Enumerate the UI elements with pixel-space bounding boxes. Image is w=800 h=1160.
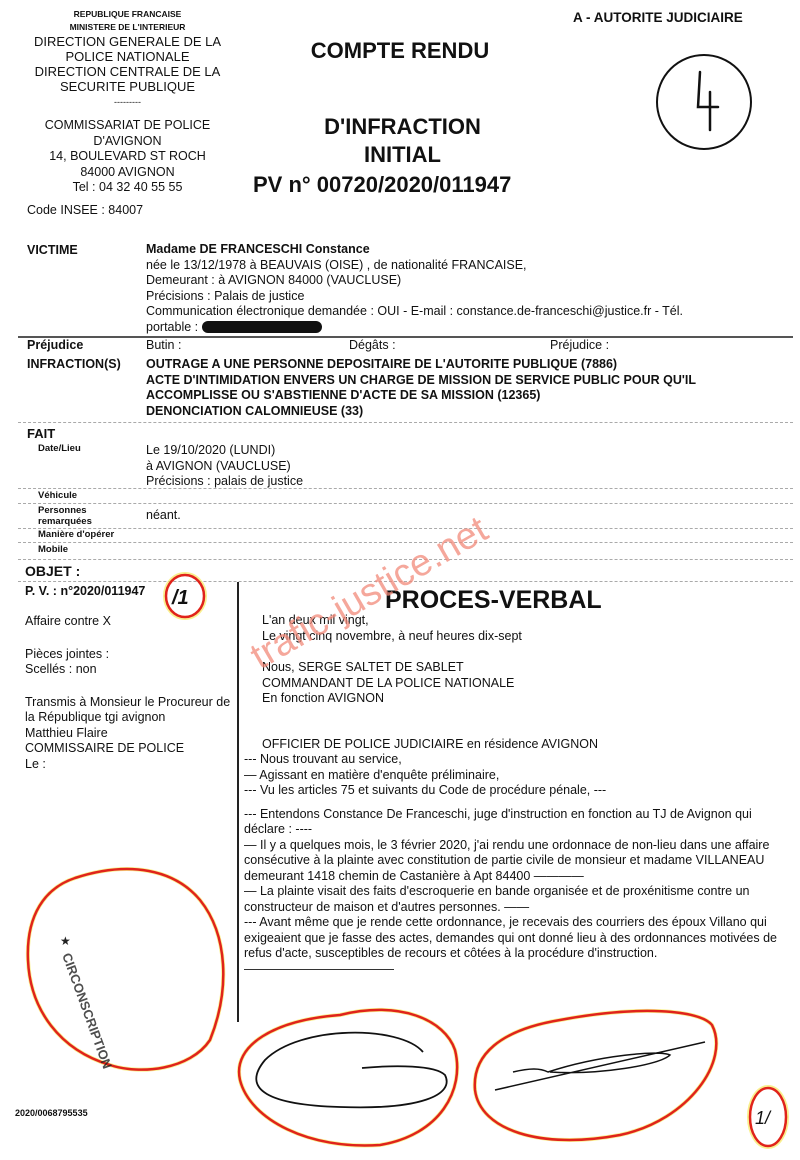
personnes-label: Personnes remarquées [38,505,118,527]
infractions-label: INFRACTION(S) [27,357,121,371]
infraction-item: ACCOMPLISSE OU S'ABSTIENNE D'ACTE DE SA … [146,388,791,404]
infraction-item: DENONCIATION CALOMNIEUSE (33) [146,404,791,420]
prejudice-label: Préjudice [27,338,83,354]
commissariat-line: 84000 AVIGNON [15,165,240,181]
svg-text:1/: 1/ [755,1108,772,1128]
pv-number: PV n° 00720/2020/011947 [253,172,511,198]
subtitle-line: D'INFRACTION [290,113,515,141]
degats-label: Dégâts : [349,338,396,354]
victime-precisions: Précisions : Palais de justice [146,289,791,305]
victime-label: VICTIME [27,243,78,257]
objet-label: OBJET : [25,563,80,579]
pv-date-line: Le vingt cinq novembre, à neuf heures di… [244,629,794,645]
opj-line: OFFICIER DE POLICE JUDICIAIRE en résiden… [244,737,794,753]
dotted-divider [18,528,793,529]
document-id: 2020/0068795535 [15,1108,88,1118]
maniere-label: Manière d'opérer [38,529,114,540]
dotted-divider [18,581,793,582]
svg-text:CIRCONSCRIPTION: CIRCONSCRIPTION [59,951,115,1071]
vehicule-label: Véhicule [38,490,77,501]
dotted-divider [18,422,793,423]
direction-line: DIRECTION CENTRALE DE LA [15,64,240,79]
dotted-divider [18,559,793,560]
victime-name: Madame DE FRANCESCHI Constance [146,242,791,258]
pieces-jointes: Pièces jointes : [25,647,240,663]
officer-line: Nous, SERGE SALTET DE SABLET [244,660,794,676]
separator: --------- [15,96,240,108]
svg-text:/1: /1 [171,587,189,609]
personnes-value: néant. [146,508,181,524]
subtitle-line: INITIAL [290,141,515,169]
statement-paragraph: — La plainte visait des faits d'escroque… [244,884,794,915]
victime-address: Demeurant : à AVIGNON 84000 (VAUCLUSE) [146,273,791,289]
proces-verbal-body: L'an deux mil vingt, Le vingt cinq novem… [244,613,794,977]
transmis-line: Le : [25,757,240,773]
officer-line: COMMANDANT DE LA POLICE NATIONALE [244,676,794,692]
affaire: Affaire contre X [25,614,240,630]
infraction-item: ACTE D'INTIMIDATION ENVERS UN CHARGE DE … [146,373,791,389]
transmis-line: Matthieu Flaire [25,726,240,742]
direction-line: POLICE NATIONALE [15,49,240,64]
butin-label: Butin : [146,338,181,354]
officer-line: En fonction AVIGNON [244,691,794,707]
prejudice-amount-label: Préjudice : [550,338,609,354]
document-subtitle: D'INFRACTION INITIAL [290,113,515,169]
commissariat-phone: Tel : 04 32 40 55 55 [15,180,240,196]
dotted-divider [18,542,793,543]
redacted-phone [202,321,322,333]
mobile-label: Mobile [38,544,68,555]
ministere-label: MINISTERE DE L'INTERIEUR [15,21,240,34]
preamble-line: --- Vu les articles 75 et suivants du Co… [244,783,794,799]
fait-date: Le 19/10/2020 (LUNDI) [146,443,303,459]
victime-portable: portable : [146,320,791,336]
svg-text:★: ★ [60,934,71,948]
preamble-line: — Agissant en matière d'enquête prélimin… [244,768,794,784]
direction-line: DIRECTION GENERALE DE LA [15,34,240,49]
circled-page-number-icon [654,52,754,152]
pv-reference: P. V. : n°2020/011947 [25,584,145,598]
fait-details: Le 19/10/2020 (LUNDI) à AVIGNON (VAUCLUS… [146,443,303,490]
commissariat-line: D'AVIGNON [15,134,240,150]
statement-paragraph: --- Avant même que je rende cette ordonn… [244,915,794,977]
commissariat-line: COMMISSARIAT DE POLICE [15,118,240,134]
commissariat-line: 14, BOULEVARD ST ROCH [15,149,240,165]
republique-label: REPUBLIQUE FRANCAISE [15,8,240,21]
infractions-list: OUTRAGE A UNE PERSONNE DEPOSITAIRE DE L'… [146,357,791,419]
signature-witness-icon [475,1011,717,1140]
transmis-line: COMMISSAIRE DE POLICE [25,741,240,757]
direction-line: SECURITE PUBLIQUE [15,79,240,94]
scelles: Scellés : non [25,662,240,678]
dotted-divider [18,503,793,504]
column-divider [237,582,239,1022]
portable-label: portable : [146,320,198,334]
objet-details: Affaire contre X Pièces jointes : Scellé… [25,614,240,772]
date-lieu-label: Date/Lieu [38,443,81,454]
transmis-line: la République tgi avignon [25,710,240,726]
fait-label: FAIT [27,426,55,441]
autorite-label: A - AUTORITE JUDICIAIRE [573,10,743,25]
prejudice-row: Préjudice Butin : Dégâts : Préjudice : [27,338,797,354]
code-insee: Code INSEE : 84007 [27,203,143,217]
statement-paragraph: — Il y a quelques mois, le 3 février 202… [244,838,794,885]
pv-date-line: L'an deux mil vingt, [244,613,794,629]
victime-details: Madame DE FRANCESCHI Constance née le 13… [146,242,791,335]
police-stamp-icon: CIRCONSCRIPTION ★ [28,869,223,1071]
fait-lieu: à AVIGNON (VAUCLUSE) [146,459,303,475]
preamble-line: --- Nous trouvant au service, [244,752,794,768]
issuer-block: REPUBLIQUE FRANCAISE MINISTERE DE L'INTE… [15,8,240,196]
page-annotation-circle-icon: 1/ [749,1087,787,1147]
document-title: COMPTE RENDU [280,38,520,64]
victime-communication: Communication électronique demandée : OU… [146,304,791,320]
proces-verbal-title: PROCES-VERBAL [385,586,602,615]
transmis-line: Transmis à Monsieur le Procureur de [25,695,240,711]
infraction-item: OUTRAGE A UNE PERSONNE DEPOSITAIRE DE L'… [146,357,791,373]
signature-officer-icon [239,1010,457,1146]
dotted-divider [18,488,793,489]
statement-paragraph: --- Entendons Constance De Franceschi, j… [244,807,794,838]
victime-birth: née le 13/12/1978 à BEAUVAIS (OISE) , de… [146,258,791,274]
